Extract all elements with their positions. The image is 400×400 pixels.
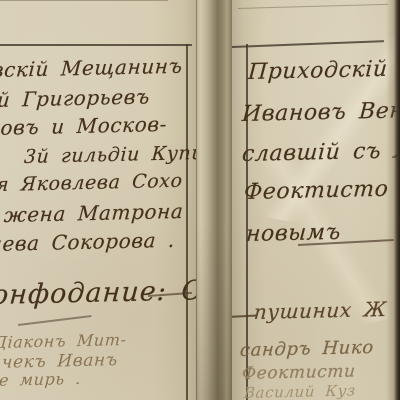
handwritten-line: пушиних Ж	[253, 297, 387, 324]
handwritten-line-faint: Діаконъ Мит-	[0, 330, 127, 352]
left-page: вскій Мещанинъ ій Григорьевъ ковъ и Моск…	[0, 0, 196, 400]
left-header-rule	[0, 44, 192, 46]
right-top-rule	[238, 4, 388, 9]
entry-dash	[232, 315, 256, 318]
handwritten-line: 3й гильдіи Купца	[23, 142, 196, 168]
right-page: Приходскій Ивановъ Вени славшій съ Ж Фео…	[232, 0, 400, 400]
handwritten-line: аева Сокорова .	[0, 228, 176, 256]
handwritten-line: Приходскій	[247, 57, 388, 85]
handwritten-line: я Яковлева Сохо	[0, 170, 183, 196]
left-top-rule	[0, 0, 168, 1]
handwritten-line: славшій съ Ж	[241, 138, 400, 167]
handwritten-line-faint: не мирь .	[0, 369, 82, 390]
handwritten-line: ій Григорьевъ	[0, 84, 151, 112]
handwritten-line: Феоктисто	[243, 177, 389, 205]
handwritten-line-faint: сандръ Нико	[239, 337, 374, 361]
handwritten-line: жена Матрона	[3, 199, 184, 227]
handwritten-line-faint: Феоктисти	[241, 361, 356, 384]
handwritten-line-pencil: Василий Куз	[243, 381, 356, 400]
handwritten-line: вскій Мещанинъ	[0, 54, 183, 82]
book-gutter	[196, 0, 232, 400]
paper-crease	[266, 20, 400, 240]
flourish-stroke	[18, 315, 92, 326]
right-header-rule	[232, 40, 384, 48]
handwritten-line: ковъ и Москов-	[0, 112, 168, 140]
handwritten-line: Ивановъ Вени	[241, 98, 400, 127]
scan-edge	[386, 0, 400, 400]
manuscript-scan: вскій Мещанинъ ій Григорьевъ ковъ и Моск…	[0, 0, 400, 400]
left-column-rule	[186, 44, 188, 400]
